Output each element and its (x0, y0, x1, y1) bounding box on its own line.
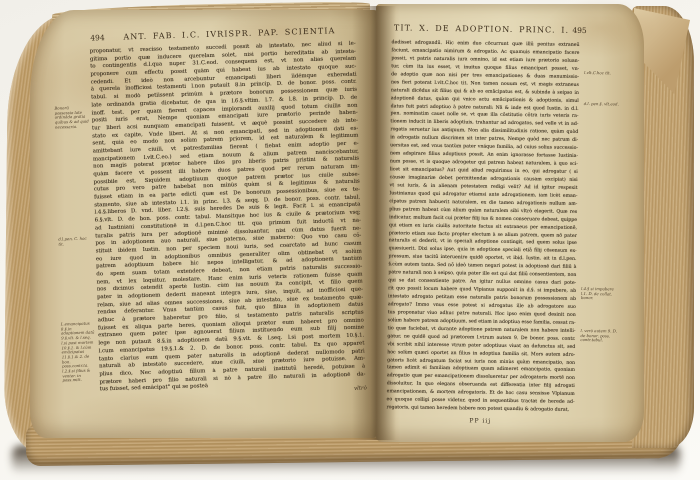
margin-note: l.vlt.C.hoc tit. (584, 71, 624, 76)
left-page-number: 494 (90, 33, 105, 42)
left-running-title: ANT. FAB. I.C. IVRISPR. PAP. SCIENTIA (105, 26, 355, 42)
left-page-header: 494 ANT. FAB. I.C. IVRISPR. PAP. SCIENTI… (90, 26, 354, 43)
margin-note: L.emancipatus 8.§.in adoptionem datū 9.§… (61, 321, 97, 383)
right-page-header: TIT. X. DE ADOPTION. PRINC. I. 495 (391, 23, 587, 35)
margin-note: Bonorū possessio late ordināda gratia qu… (54, 106, 89, 131)
right-body-text: dedisset adrogandū. Hic enim duo cōcurru… (386, 39, 579, 415)
right-page-content: TIT. X. DE ADOPTION. PRINC. I. 495 l.vlt… (379, 10, 647, 442)
left-body-text: proponatur, vt rescisso testamento succe… (90, 41, 366, 395)
book-photograph: 494 ANT. FAB. I.C. IVRISPR. PAP. SCIENTI… (0, 0, 700, 480)
margin-note: d.l.pen. C. hoc tit. (58, 237, 92, 247)
margin-note: l.4.§ si impubere l.1. D. de collat. bon… (581, 287, 621, 302)
left-page-content: 494 ANT. FAB. I.C. IVRISPR. PAP. SCIENTI… (52, 22, 370, 433)
catchword: vltrò (354, 385, 367, 391)
body-line: rogatoris, qui tamen heredem habere non … (386, 404, 574, 415)
right-margin-notes: l.vlt.C.hoc tit.d.l. pen.§. vlt.eod.l.4.… (579, 13, 625, 442)
signature-mark: PP iij (386, 416, 574, 426)
margin-note: l. verò autem 9. D. de bonor. poss. cont… (580, 329, 620, 344)
right-running-title: TIT. X. DE ADOPTION. PRINC. I. (391, 23, 573, 35)
margin-note: d.l. pen.§. vlt.eod. (584, 102, 624, 107)
